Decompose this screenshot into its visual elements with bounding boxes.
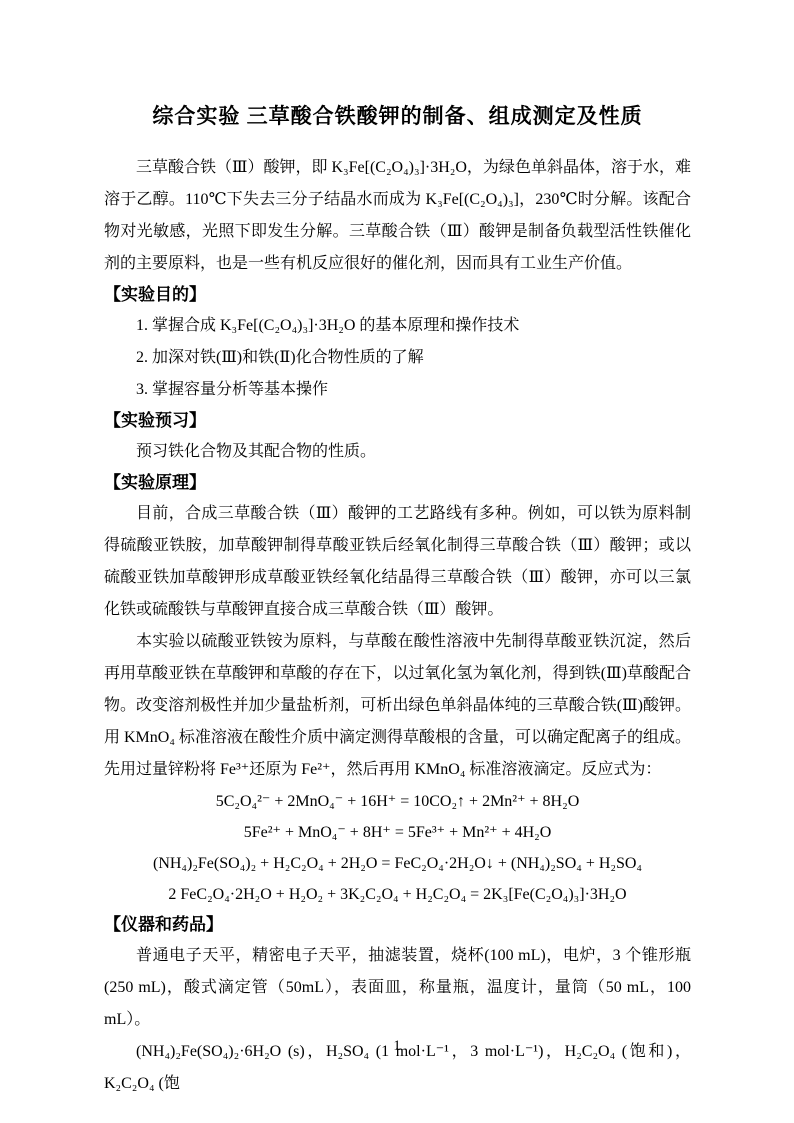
principle-paragraph-1: 目前，合成三草酸合铁（Ⅲ）酸钾的工艺路线有多种。例如，可以铁为原料制得硫酸亚铁胺… xyxy=(104,498,691,626)
chemical-equation: 5Fe²⁺ + MnO₄⁻ + 8H⁺ = 5Fe³⁺ + Mn²⁺ + 4H₂… xyxy=(104,817,691,848)
section-heading-apparatus: 【仪器和药品】 xyxy=(104,910,691,940)
section-heading-objectives: 【实验目的】 xyxy=(104,280,691,310)
chemical-equation: 5C₂O₄²⁻ + 2MnO₄⁻ + 16H⁺ = 10CO₂↑ + 2Mn²⁺… xyxy=(104,786,691,817)
section-heading-principle: 【实验原理】 xyxy=(104,468,691,498)
page-number: 1 xyxy=(0,1036,794,1056)
objective-item: 2. 加深对铁(Ⅲ)和铁(Ⅱ)化合物性质的了解 xyxy=(104,342,691,374)
preview-text: 预习铁化合物及其配合物的性质。 xyxy=(104,436,691,468)
document-page: 综合实验 三草酸合铁酸钾的制备、组成测定及性质 三草酸合铁（Ⅲ）酸钾，即 K₃F… xyxy=(0,0,794,1123)
objective-item: 1. 掌握合成 K₃Fe[(C₂O₄)₃]·3H₂O 的基本原理和操作技术 xyxy=(104,310,691,342)
objective-item: 3. 掌握容量分析等基本操作 xyxy=(104,374,691,406)
intro-paragraph: 三草酸合铁（Ⅲ）酸钾，即 K₃Fe[(C₂O₄)₃]·3H₂O，为绿色单斜晶体，… xyxy=(104,152,691,280)
apparatus-paragraph: 普通电子天平，精密电子天平，抽滤装置，烧杯(100 mL)，电炉，3 个锥形瓶(… xyxy=(104,940,691,1036)
chemical-equation: (NH₄)₂Fe(SO₄)₂ + H₂C₂O₄ + 2H₂O = FeC₂O₄·… xyxy=(104,848,691,879)
chemical-equation: 2 FeC₂O₄·2H₂O + H₂O₂ + 3K₂C₂O₄ + H₂C₂O₄ … xyxy=(104,879,691,910)
principle-paragraph-2: 本实验以硫酸亚铁铵为原料，与草酸在酸性溶液中先制得草酸亚铁沉淀，然后再用草酸亚铁… xyxy=(104,626,691,786)
page-title: 综合实验 三草酸合铁酸钾的制备、组成测定及性质 xyxy=(104,100,691,132)
section-heading-preview: 【实验预习】 xyxy=(104,406,691,436)
